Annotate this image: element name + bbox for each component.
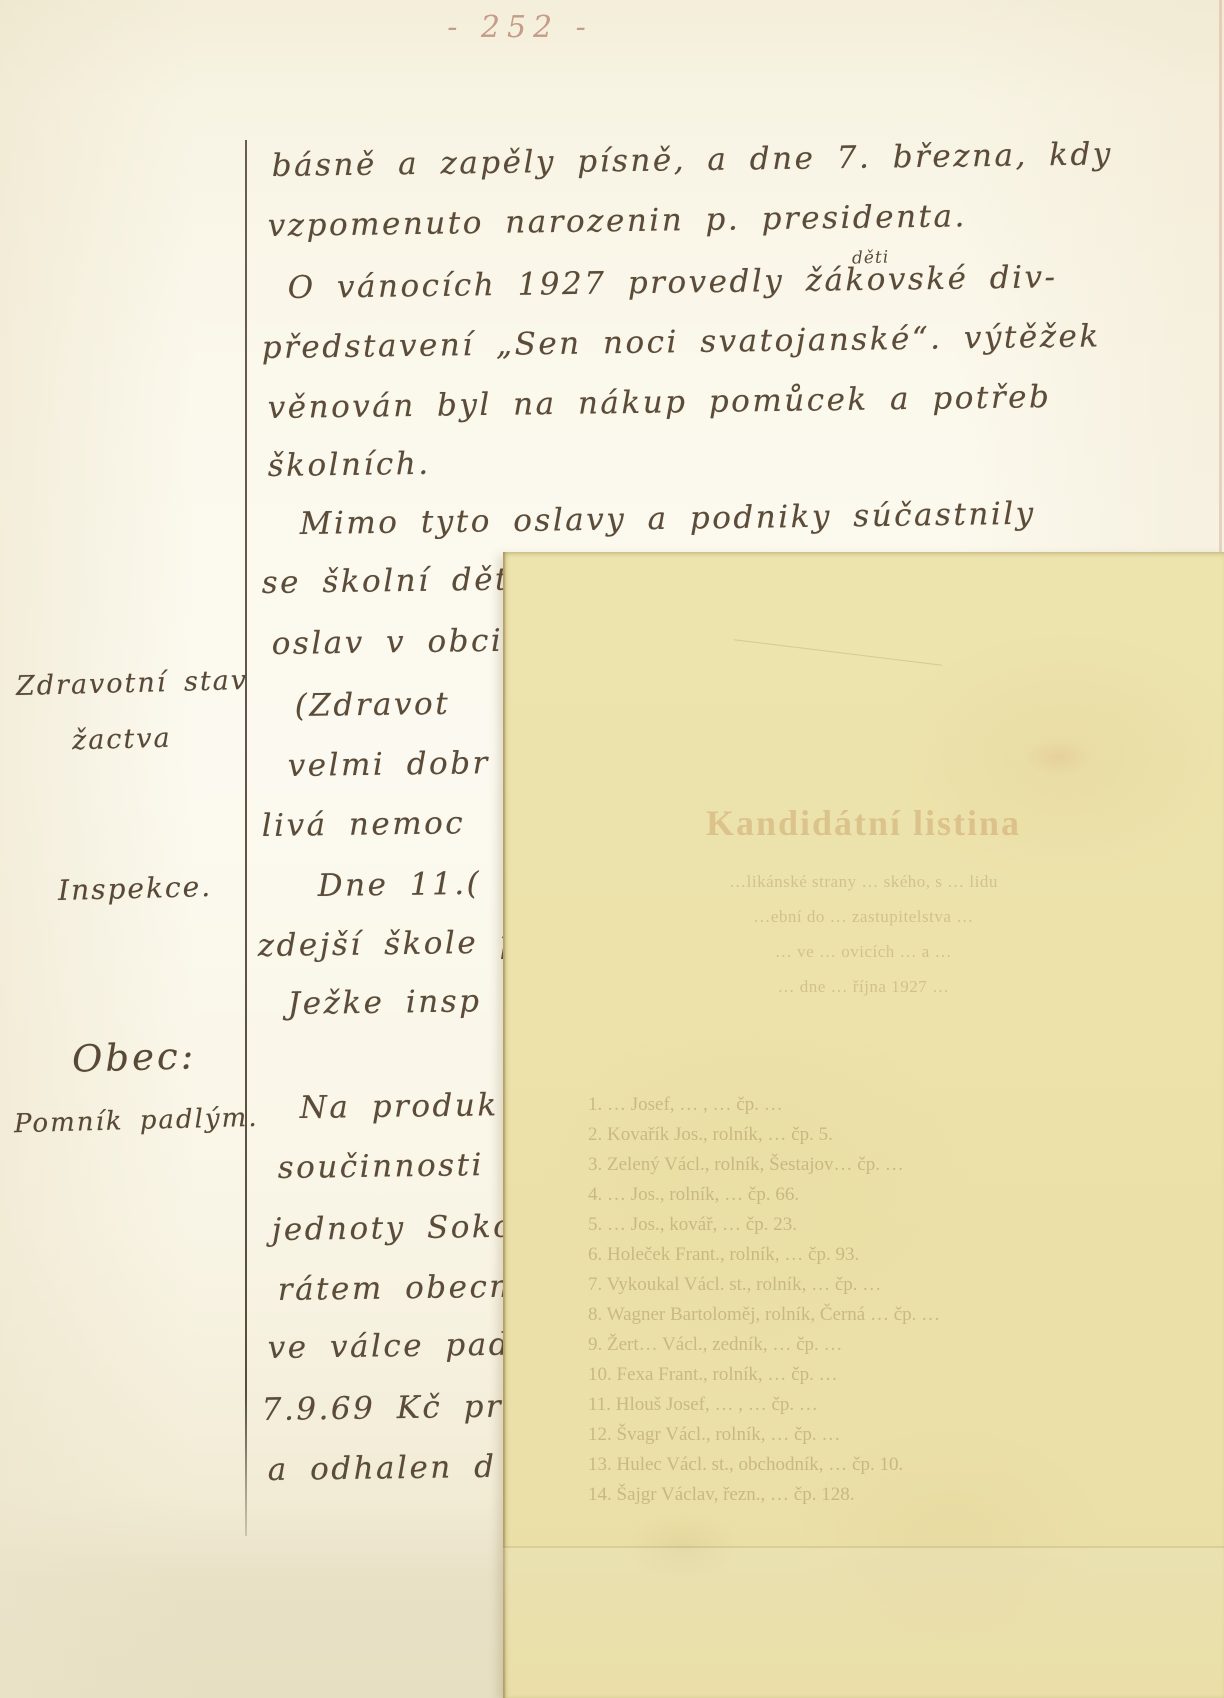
handwriting-line: školních. [267,446,430,484]
margin-note-municipality: Obec: [71,1034,196,1080]
leaflet-list-item: 2. Kovařík Jos., rolník, … čp. 5. [588,1120,1148,1150]
leaflet-list-item: 13. Hulec Václ. st., obchodník, … čp. 10… [588,1450,1148,1480]
leaflet-list-item: 14. Šajgr Václav, řezn., … čp. 128. [588,1480,1148,1510]
handwriting-line: Dne 11.( [317,866,481,904]
leaflet-list-item: 11. Hlouš Josef, … , … čp. … [588,1390,1148,1420]
leaflet-list-item: 9. Žert… Václ., zedník, … čp. … [588,1330,1148,1360]
stain [1023,737,1093,777]
scanned-chronicle-page: - 252 - Zdravotní stav žactva Inspekce. … [0,0,1224,1698]
paper-crease [734,639,943,666]
leaflet-list-item: 1. … Josef, … , … čp. … [588,1090,1148,1120]
leaflet-subline: … dne … října 1927 … [503,977,1224,997]
handwriting-superscript: děti [852,247,890,268]
handwriting-line: Ježke insp [287,983,481,1022]
leaflet-heading: Kandidátní listina [503,802,1224,844]
handwriting-line: se školní dět [261,562,510,601]
page-number: - 252 - [420,10,620,45]
leaflet-subline: … ve … ovicích … a … [503,942,1224,962]
leaflet-subline: …ební do … zastupitelstva … [503,907,1224,927]
margin-note-inspection: Inspekce. [58,870,213,907]
leaflet-list-item: 5. … Jos., kovář, … čp. 23. [588,1210,1148,1240]
handwriting-line: livá nemoc [261,805,465,844]
leaflet-list-item: 12. Švagr Václ., rolník, … čp. … [588,1420,1148,1450]
handwriting-line: velmi dobr [287,745,490,784]
margin-note-memorial: Pomník padlým. [14,1103,259,1139]
insert-leaflet: Kandidátní listina …likánské strany … sk… [503,552,1224,1698]
handwriting-line: ve válce pad [267,1327,511,1366]
handwriting-line: jednoty Soko [271,1209,514,1248]
margin-rule-line [245,140,247,1536]
leaflet-list-item: 3. Zelený Václ., rolník, Šestajov… čp. … [588,1150,1148,1180]
leaflet-list-item: 6. Holeček Frant., rolník, … čp. 93. [588,1240,1148,1270]
handwriting-line: rátem obecn [277,1269,512,1308]
handwriting-line: součinnosti s [277,1147,523,1186]
handwriting-line: a odhalen d [267,1449,496,1488]
handwriting-line: oslav v obci. [271,623,515,662]
leaflet-list-item: 8. Wagner Bartoloměj, rolník, Černá … čp… [588,1300,1148,1330]
margin-note-health-status-2: žactva [72,723,172,757]
margin-note-health-status: Zdravotní stav [16,665,249,702]
handwriting-line: (Zdravot [294,686,450,724]
leaflet-list-item: 7. Vykoukal Václ. st., rolník, … čp. … [588,1270,1148,1300]
leaflet-list-item: 10. Fexa Frant., rolník, … čp. … [588,1360,1148,1390]
handwriting-line: Na produk [299,1087,498,1126]
paper-shade [503,1548,1224,1698]
handwriting-line: zdejší škole p [257,924,522,964]
leaflet-list-item: 4. … Jos., rolník, … čp. 66. [588,1180,1148,1210]
leaflet-subline: …likánské strany … ského, s … lidu [503,872,1224,892]
